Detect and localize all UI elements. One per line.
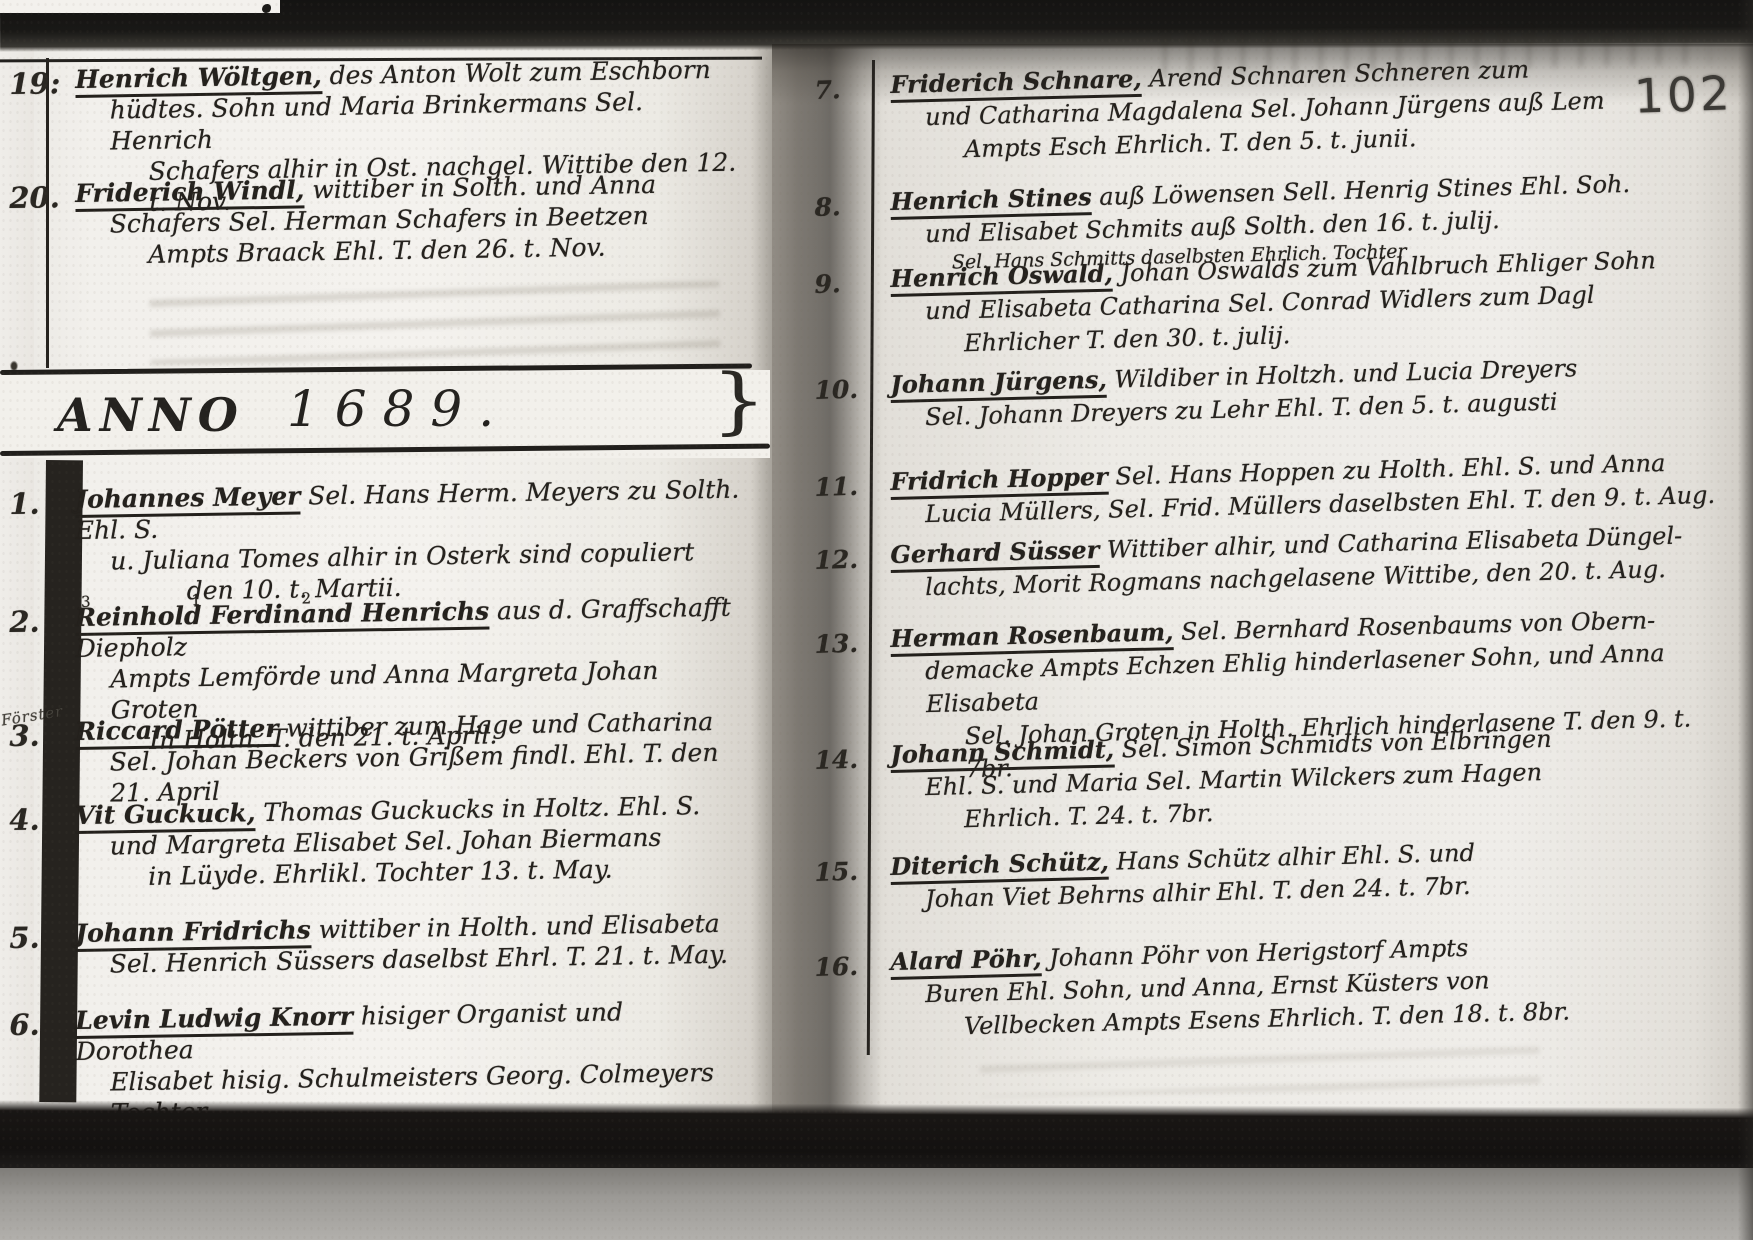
entry-name: Johannes Meyer xyxy=(75,481,301,518)
entry-number: 12. xyxy=(814,543,858,577)
register-entry-7: 7. Friderich Schnare, Arend Schnaren Sch… xyxy=(890,47,1740,168)
entry-number: 16. xyxy=(814,950,858,984)
entry-line: hüdtes. Sohn und Maria Brinkermans Sel. … xyxy=(75,85,744,157)
entry-text: des Anton Wolt zum Eschborn xyxy=(329,55,711,90)
register-entry-9: 9. Henrich Oswald, Johan Oswalds zum Vah… xyxy=(890,241,1740,362)
header-bottom-line xyxy=(0,444,770,456)
scan-right-edge-shadow xyxy=(1738,0,1753,1240)
entry-name: Levin Ludwig Knorr xyxy=(75,1002,353,1039)
entry-number: 11. xyxy=(814,470,858,504)
anno-label: ANNO xyxy=(57,388,245,442)
register-entry-16: 16. Alard Pöhr, Johann Pöhr von Herigsto… xyxy=(890,924,1740,1045)
entry-number: 2. xyxy=(9,607,40,638)
entry-text: wittiber in Solth. und Anna xyxy=(312,170,656,204)
register-entry-14: 14. Johann Schmidt, Sel. Simon Schmidts … xyxy=(890,717,1740,838)
anno-year: 1689. xyxy=(287,380,510,438)
entry-number: 10. xyxy=(814,373,858,407)
entry-number: 19: xyxy=(9,68,61,100)
word-order-marks: 3 1 2 xyxy=(81,583,312,618)
entry-line: Johannes Meyer Sel. Hans Herm. Meyers zu… xyxy=(75,474,744,546)
church-register-scan: 102 ANNO 1689. } 19: Henrich Wöltgen, de… xyxy=(0,0,1753,1240)
entry-number: 8. xyxy=(814,190,841,224)
register-entry-20: 20. Friderich Windl, wittiber in Solth. … xyxy=(75,168,744,271)
entry-number: 9. xyxy=(814,267,841,301)
entry-text: Hans Schütz alhir Ehl. S. und xyxy=(1116,839,1475,876)
register-entry-5: 5. Johann Fridrichs wittiber in Holth. u… xyxy=(75,908,744,980)
entry-number: 20. xyxy=(9,182,60,214)
entry-number: 13. xyxy=(814,627,858,661)
entry-number: 6. xyxy=(9,1010,40,1041)
scanner-bed-area xyxy=(0,1168,1753,1240)
entry-number: 4. xyxy=(9,805,40,836)
page-corner-sliver xyxy=(0,0,280,13)
entry-number: 5. xyxy=(9,923,40,954)
entry-number: 1. xyxy=(9,489,40,520)
entry-number: 14. xyxy=(814,743,858,777)
entry-number: 15. xyxy=(814,855,858,889)
header-curl-ornament: } xyxy=(711,358,766,442)
anno-year-header: ANNO 1689. } xyxy=(0,370,770,458)
register-entry-4: 4. Vit Guckuck, Thomas Guckucks in Holtz… xyxy=(75,790,744,893)
entry-line: Levin Ludwig Knorr hisiger Organist und … xyxy=(75,995,744,1067)
entry-name: Alard Pöhr, xyxy=(890,943,1042,980)
entry-number: 7. xyxy=(814,73,841,107)
